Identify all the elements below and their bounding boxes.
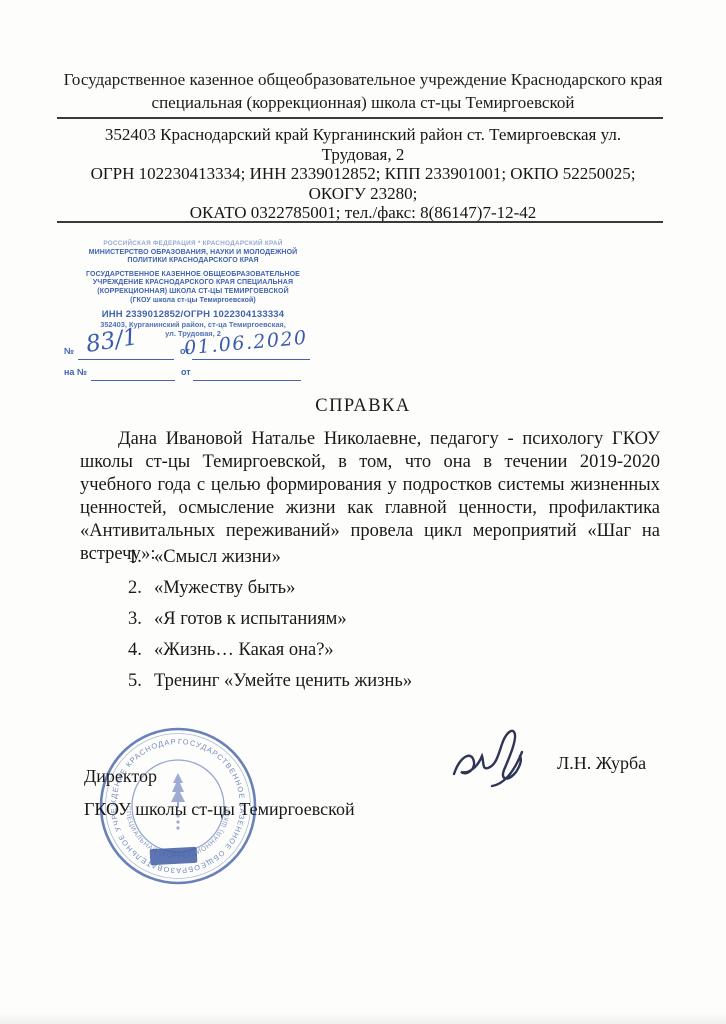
registry-stamp-line: (ГКОУ школа ст-цы Темиргоевской) [60,297,326,306]
doc-number-label: № [64,342,74,360]
registry-stamp-line: (КОРРЕКЦИОННАЯ) ШКОЛА СТ-ЦЫ ТЕМИРГОЕВСКО… [60,288,326,297]
registry-stamp-line: УЧРЕЖДЕНИЕ КРАСНОДАРСКОГО КРАЯ СПЕЦИАЛЬН… [60,279,326,288]
scan-edge-shadow [0,1012,726,1024]
address-block: 352403 Краснодарский край Курганинский р… [53,125,673,223]
registry-stamp: РОССИЙСКАЯ ФЕДЕРАЦИЯ * КРАСНОДАРСКИЙ КРА… [60,240,326,384]
address-line: ОКОГУ 23280; [53,184,673,204]
list-item-number: 2. [128,577,154,599]
registry-stamp-line: МИНИСТЕРСТВО ОБРАЗОВАНИЯ, НАУКИ И МОЛОДЕ… [60,249,326,258]
list-item-text: «Смысл жизни» [154,547,281,567]
list-item-number: 1. [128,546,154,568]
address-line: ОГРН 102230413334; ИНН 2339012852; КПП 2… [53,164,673,184]
org-name-line1: Государственное казенное общеобразовател… [63,68,663,91]
horizontal-rule-top [57,117,663,119]
list-item-number: 3. [128,608,154,630]
org-name-line2: специальная (коррекционная) школа ст-цы … [63,91,663,114]
address-line: Трудовая, 2 [53,145,673,165]
list-item-number: 4. [128,639,154,661]
ref-number-label: на № [64,363,87,381]
list-item-text: Тренинг «Умейте ценить жизнь» [154,671,412,691]
list-item-text: «Я готов к испытаниям» [154,609,347,629]
list-item: 1.«Смысл жизни» [128,546,588,568]
list-item: 5.Тренинг «Умейте ценить жизнь» [128,670,588,692]
list-item: 3.«Я готов к испытаниям» [128,608,588,630]
list-item: 2.«Мужеству быть» [128,577,588,599]
registry-stamp-line: ГОСУДАРСТВЕННОЕ КАЗЕННОЕ ОБЩЕОБРАЗОВАТЕЛ… [60,271,326,280]
registry-stamp-line: РОССИЙСКАЯ ФЕДЕРАЦИЯ * КРАСНОДАРСКИЙ КРА… [60,240,326,249]
signature-stroke [454,731,522,786]
list-item-text: «Жизнь… Какая она?» [154,640,334,660]
ref-number-row: на №от [64,363,326,384]
signer-role-line1: Директор [84,760,404,793]
document-page: Государственное казенное общеобразовател… [0,0,726,1024]
address-line: 352403 Краснодарский край Курганинский р… [53,125,673,145]
seal-bottom-bar [150,847,198,865]
ref-from-label: от [181,363,191,381]
signer-name: Л.Н. Журба [557,753,646,774]
address-line: ОКАТО 0322785001; тел./факс: 8(86147)7-1… [53,203,673,223]
registry-stamp-inn-ogrn: ИНН 2339012852/ОГРН 1022304133334 [60,309,326,320]
horizontal-rule-bottom [57,221,663,223]
org-header: Государственное казенное общеобразовател… [63,68,663,114]
ref-date-blank-line [193,364,301,381]
signer-role: Директор ГКОУ школы ст-цы Темиргоевской [84,760,404,826]
list-item-text: «Мужеству быть» [154,578,295,598]
list-item: 4.«Жизнь… Какая она?» [128,639,588,661]
signer-role-line2: ГКОУ школы ст-цы Темиргоевской [84,793,404,826]
events-list: 1.«Смысл жизни» 2.«Мужеству быть» 3.«Я г… [128,546,588,701]
ref-number-blank-line [91,364,175,381]
registry-stamp-line: ПОЛИТИКИ КРАСНОДАРСКОГО КРАЯ [60,257,326,266]
document-title: СПРАВКА [0,396,726,417]
handwritten-signature [448,722,558,797]
list-item-number: 5. [128,670,154,692]
